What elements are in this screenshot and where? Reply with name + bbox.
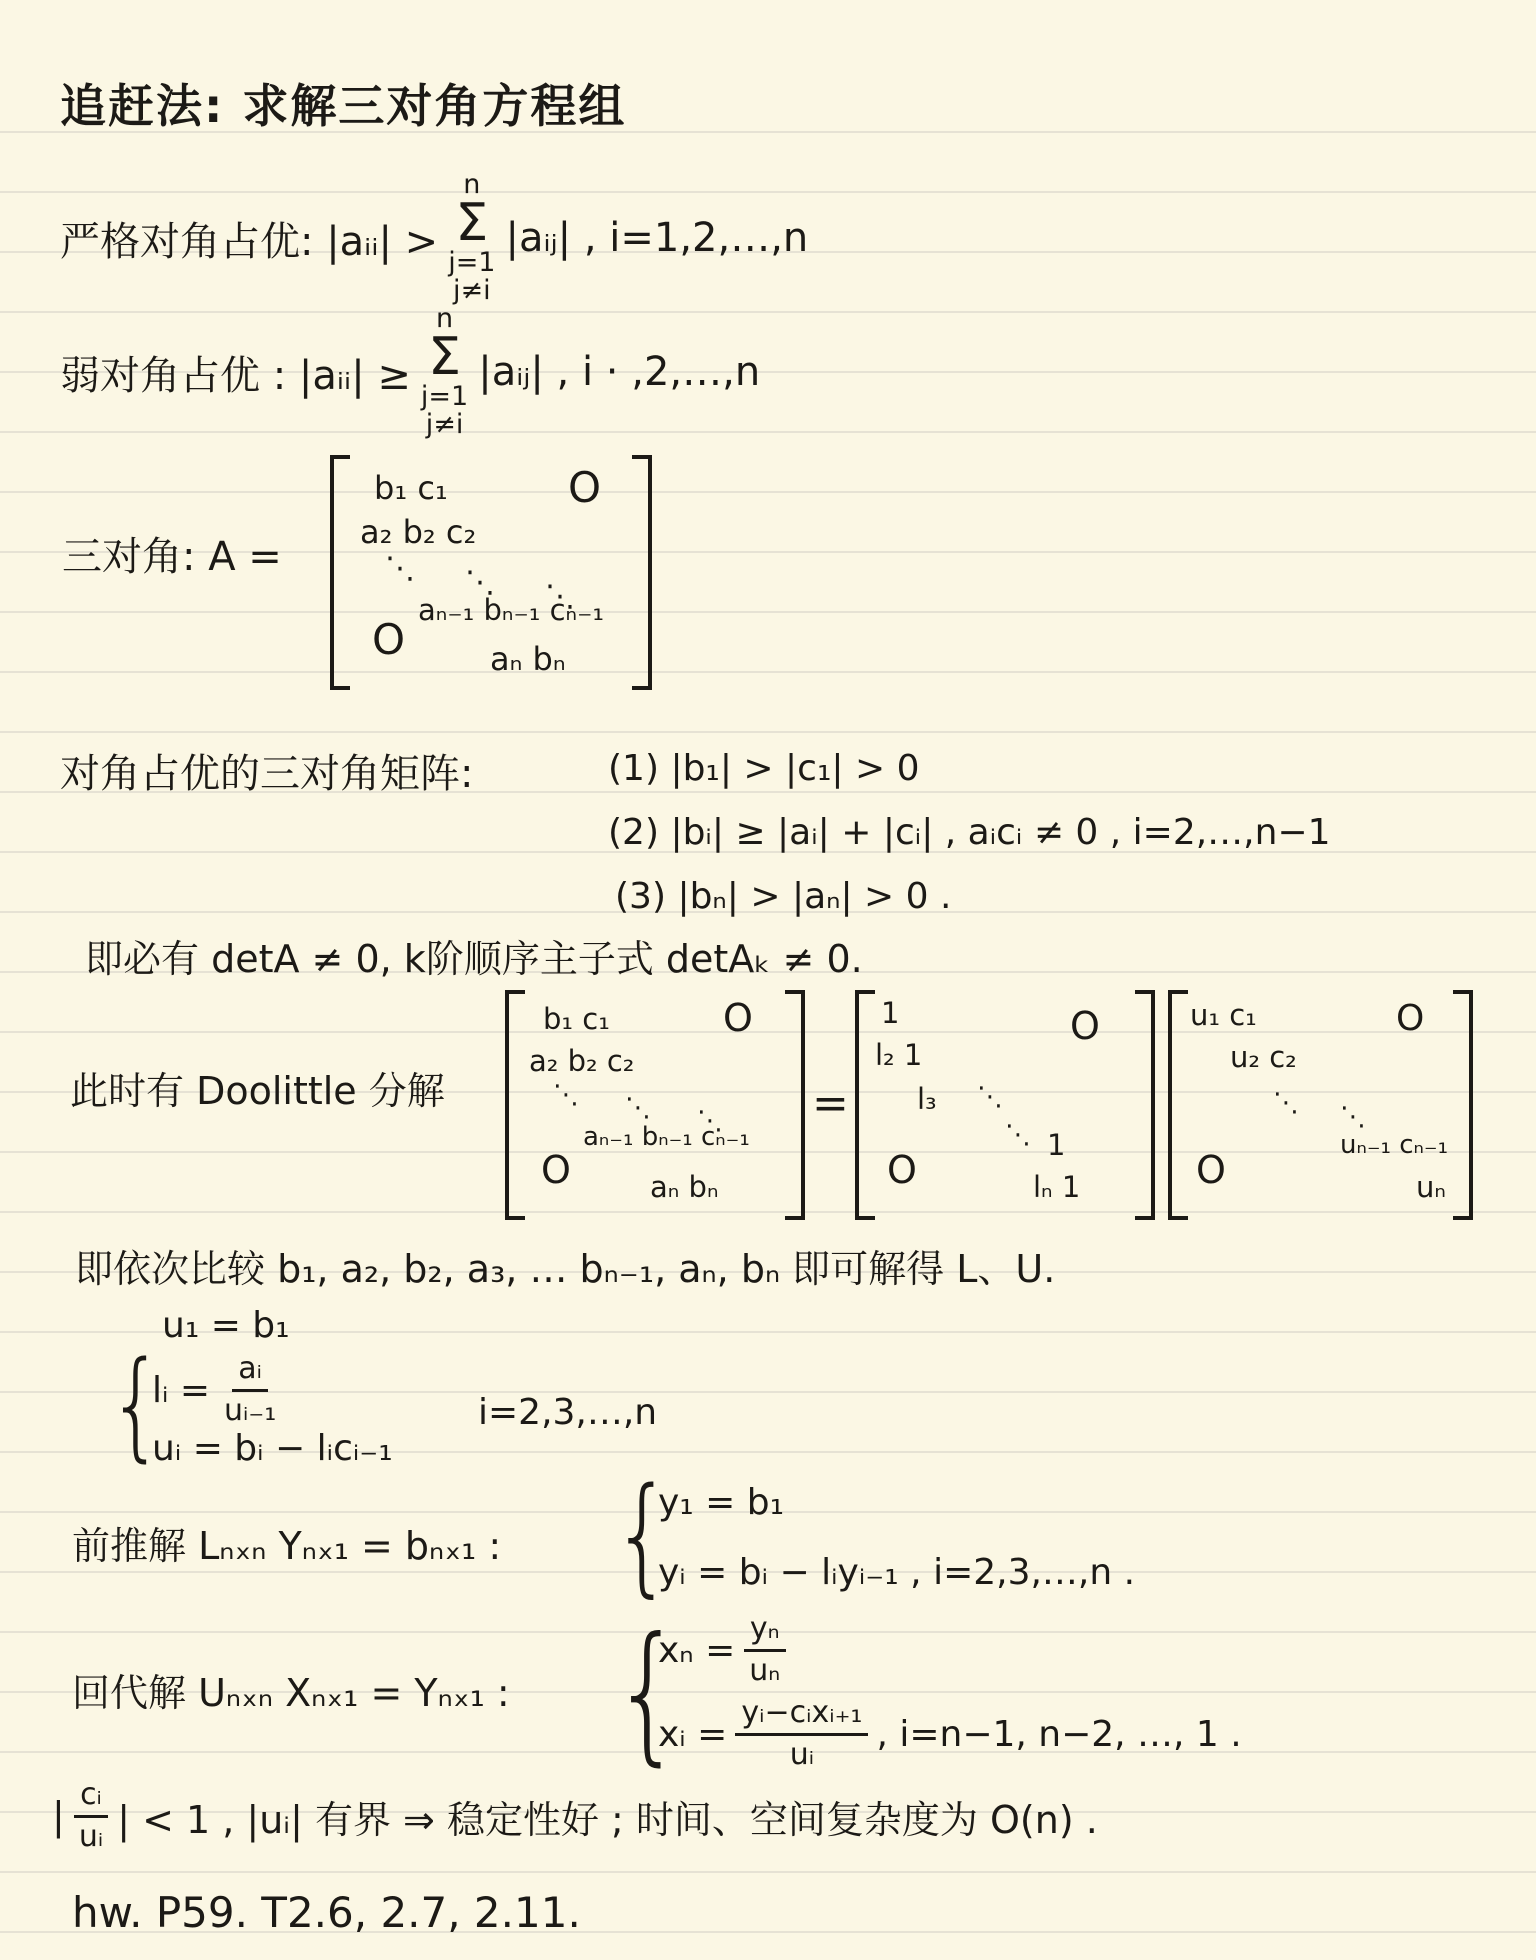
- diagonal-dots: ⋱: [625, 1093, 655, 1123]
- forward-label: 前推解 Lₙₓₙ Yₙₓ₁ = bₙₓ₁ :: [72, 1515, 501, 1570]
- matrix-cell: aₙ bₙ: [650, 1170, 719, 1204]
- condition-2: (2) |bᵢ| ≥ |aᵢ| + |cᵢ| , aᵢcᵢ ≠ 0 , i=2,…: [608, 812, 1331, 853]
- u1-equation: u₁ = b₁: [162, 1305, 290, 1346]
- right-bracket: [785, 990, 805, 1220]
- forward-line1: y₁ = b₁: [658, 1482, 784, 1523]
- left-bracket: [1168, 990, 1188, 1220]
- diagonal-dots: ⋱: [1340, 1102, 1370, 1132]
- ci-ui-fraction: cᵢ uᵢ: [73, 1778, 109, 1854]
- sum-lower-limit-1: j=1: [421, 383, 468, 411]
- matrix-cell: a₂ b₂ c₂: [529, 1044, 634, 1078]
- matrix-cell-zero: O: [723, 996, 753, 1040]
- matrix-cell: l₃: [917, 1082, 937, 1116]
- homework-line: hw. P59. T2.6, 2.7, 2.11.: [72, 1888, 581, 1937]
- matrix-cell-zero: O: [887, 1148, 917, 1192]
- determinant-line: 即必有 detA ≠ 0, k阶顺序主子式 detAₖ ≠ 0.: [85, 928, 863, 983]
- strict-tail: |aᵢⱼ| , i=1,2,…,n: [506, 215, 809, 261]
- matrix-cell: 1: [881, 996, 899, 1030]
- strict-label: 严格对角占优: |aᵢᵢ| >: [60, 210, 438, 267]
- li-lhs: lᵢ =: [152, 1370, 210, 1411]
- left-bracket: [505, 990, 525, 1220]
- sum-lower-limit-2: j≠i: [426, 411, 464, 439]
- matrix-cell-zero: O: [372, 615, 405, 664]
- fraction-numerator: cᵢ: [74, 1778, 108, 1818]
- sigma-symbol: Σ: [428, 333, 461, 382]
- right-bracket: [1453, 990, 1473, 1220]
- xn-lhs: xₙ =: [658, 1630, 735, 1671]
- diagonal-dots: ⋱: [1273, 1088, 1303, 1118]
- left-bracket: [330, 455, 350, 690]
- diagonal-dots: ⋱: [977, 1082, 1007, 1112]
- li-equation: lᵢ = aᵢ uᵢ₋₁: [152, 1352, 290, 1428]
- matrix-cell: l₂ 1: [875, 1038, 922, 1072]
- abs-bar-open: |: [52, 1794, 65, 1838]
- matrix-cell: aₙ bₙ: [490, 640, 566, 678]
- condition-1: (1) |b₁| > |c₁| > 0: [608, 748, 919, 789]
- xi-range: , i=n−1, n−2, …, 1 .: [876, 1714, 1241, 1755]
- fraction-numerator: aᵢ: [232, 1352, 268, 1392]
- matrix-cell: aₙ₋₁ bₙ₋₁ cₙ₋₁: [418, 593, 604, 627]
- matrix-cell: b₁ c₁: [543, 1002, 610, 1036]
- matrix-cell: uₙ₋₁ cₙ₋₁: [1340, 1130, 1448, 1160]
- matrix-cell: u₁ c₁: [1190, 998, 1257, 1032]
- fraction-denominator: uᵢ₋₁: [218, 1392, 282, 1429]
- doolittle-label: 此时有 Doolittle 分解: [70, 1060, 445, 1115]
- xi-fraction: yᵢ−cᵢxᵢ₊₁ uᵢ: [735, 1696, 868, 1772]
- weak-dominance-line: 弱对角占优 : |aᵢᵢ| ≥ n Σ j=1 j≠i |aᵢⱼ| , i · …: [60, 272, 760, 472]
- xi-lhs: xᵢ =: [658, 1714, 727, 1755]
- matrix-U: u₁ c₁ O u₂ c₂ ⋱ ⋱ uₙ₋₁ cₙ₋₁ O uₙ: [1168, 990, 1473, 1220]
- tridiagonal-label: 三对角: A =: [62, 525, 282, 582]
- forward-line2: yᵢ = bᵢ − lᵢyᵢ₋₁ , i=2,3,…,n .: [658, 1552, 1135, 1593]
- matrix-cell: u₂ c₂: [1230, 1040, 1297, 1074]
- matrix-cell-zero: O: [1196, 1148, 1226, 1192]
- condition-3: (3) |bₙ| > |aₙ| > 0 .: [615, 876, 951, 917]
- notebook-page: 追赶法: 求解三对角方程组 严格对角占优: |aᵢᵢ| > n Σ j=1 j≠…: [0, 0, 1536, 1960]
- weak-tail: |aᵢⱼ| , i · ,2,…,n: [478, 349, 760, 395]
- li-fraction: aᵢ uᵢ₋₁: [218, 1352, 282, 1428]
- fraction-denominator: uₙ: [743, 1652, 786, 1689]
- stability-tail: | < 1 , |uᵢ| 有界 ⇒ 稳定性好 ; 时间、空间复杂度为 O(n) …: [117, 1789, 1098, 1844]
- matrix-L: 1 O l₂ 1 l₃ ⋱ ⋱ 1 O lₙ 1: [855, 990, 1155, 1220]
- matrix-cell: a₂ b₂ c₂: [360, 513, 476, 551]
- diagonal-dots: ⋱: [553, 1080, 583, 1110]
- fraction-numerator: yₙ: [744, 1612, 786, 1652]
- diagonal-dots: ⋱: [1005, 1120, 1035, 1150]
- fraction-denominator: uᵢ: [73, 1818, 109, 1855]
- xn-equation: xₙ = yₙ uₙ: [658, 1612, 794, 1688]
- page-title: 追赶法: 求解三对角方程组: [60, 70, 626, 136]
- weak-summation: n Σ j=1 j≠i: [421, 305, 468, 439]
- xi-equation: xᵢ = yᵢ−cᵢxᵢ₊₁ uᵢ , i=n−1, n−2, …, 1 .: [658, 1696, 1242, 1772]
- backward-label: 回代解 Uₙₓₙ Xₙₓ₁ = Yₙₓ₁ :: [72, 1662, 510, 1717]
- xn-fraction: yₙ uₙ: [743, 1612, 786, 1688]
- right-bracket: [1135, 990, 1155, 1220]
- matrix-cell: aₙ₋₁ bₙ₋₁ cₙ₋₁: [583, 1122, 750, 1152]
- fraction-numerator: yᵢ−cᵢxᵢ₊₁: [735, 1696, 868, 1736]
- matrix-cell-zero: O: [1070, 1004, 1100, 1048]
- dominant-label: 对角占优的三对角矩阵:: [60, 742, 473, 799]
- matrix-cell: uₙ: [1416, 1170, 1446, 1204]
- matrix-cell: lₙ 1: [1033, 1170, 1080, 1204]
- matrix-cell: b₁ c₁: [374, 469, 448, 507]
- fraction-denominator: uᵢ: [784, 1736, 820, 1773]
- matrix-cell-zero: O: [568, 463, 601, 512]
- ui-equation: uᵢ = bᵢ − lᵢcᵢ₋₁: [152, 1428, 393, 1469]
- matrix-A-doolittle: b₁ c₁ O a₂ b₂ c₂ ⋱ ⋱ ⋱ aₙ₋₁ bₙ₋₁ cₙ₋₁ O …: [505, 990, 805, 1220]
- weak-label: 弱对角占优 : |aᵢᵢ| ≥: [60, 344, 411, 401]
- right-bracket: [632, 455, 652, 690]
- stability-line: | cᵢ uᵢ | < 1 , |uᵢ| 有界 ⇒ 稳定性好 ; 时间、空间复杂…: [52, 1778, 1098, 1854]
- diagonal-dots: ⋱: [385, 551, 419, 586]
- recurrence-range: i=2,3,…,n: [478, 1392, 657, 1433]
- matrix-cell: 1: [1047, 1128, 1065, 1162]
- sigma-symbol: Σ: [455, 199, 488, 248]
- solve-sequence-line: 即依次比较 b₁, a₂, b₂, a₃, … bₙ₋₁, aₙ, bₙ 即可解…: [75, 1238, 1055, 1293]
- matrix-cell-zero: O: [541, 1148, 571, 1192]
- left-bracket: [855, 990, 875, 1220]
- matrix-cell-zero: O: [1396, 998, 1424, 1039]
- equals-sign: =: [812, 1078, 849, 1129]
- matrix-A: b₁ c₁ O a₂ b₂ c₂ ⋱ ⋱ ⋱ aₙ₋₁ bₙ₋₁ cₙ₋₁ O …: [330, 455, 652, 690]
